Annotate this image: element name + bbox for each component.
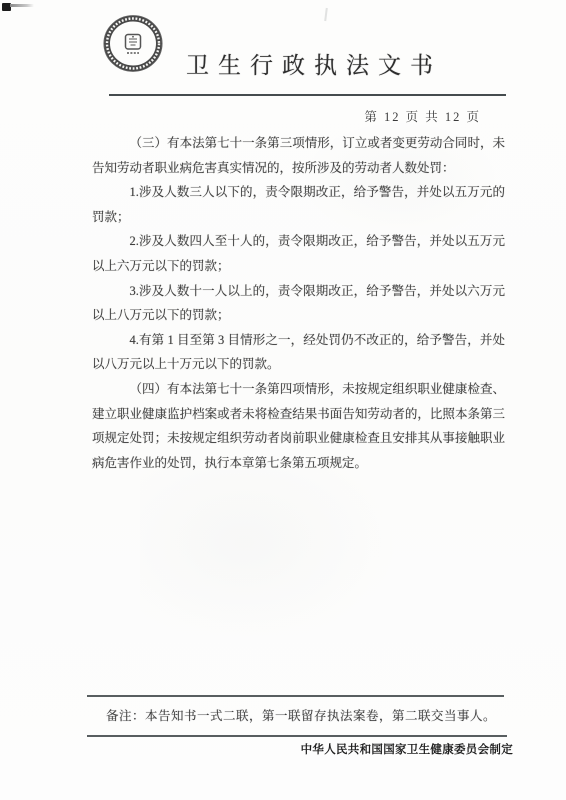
document-page: 卫生行政执法文书 第 12 页 共 12 页 （三）有本法第七十一条第三项情形，… — [0, 0, 566, 800]
page-indicator: 第 12 页 共 12 页 — [0, 107, 481, 125]
footer-divider-bottom — [87, 735, 507, 737]
footer-divider-top — [87, 695, 504, 697]
body-paragraph: 4.有第 1 目至第 3 目情形之一，经处罚仍不改正的，给予警告，并处以八万元以… — [92, 328, 505, 377]
scan-noise — [140, 470, 400, 650]
document-body: （三）有本法第七十一条第三项情形，订立或者变更劳动合同时，未告知劳动者职业病危害… — [92, 131, 505, 475]
body-paragraph: 2.涉及人数四人至十人的，责令限期改正，给予警告，并处以五万元以上六万元以下的罚… — [92, 229, 505, 278]
scan-artifact-corner — [2, 3, 11, 11]
body-paragraph: （三）有本法第七十一条第三项情形，订立或者变更劳动合同时，未告知劳动者职业病危害… — [92, 131, 505, 180]
body-paragraph: 3.涉及人数十一人以上的，责令限期改正，给予警告，并处以六万元以上八万元以下的罚… — [92, 279, 505, 328]
document-title: 卫生行政执法文书 — [186, 47, 442, 80]
body-paragraph: （四）有本法第七十一条第四项情形，未按规定组织职业健康检查、建立职业健康监护档案… — [92, 377, 505, 475]
scan-artifact-scratch — [324, 8, 328, 21]
issuer-line: 中华人民共和国国家卫生健康委员会制定 — [0, 741, 513, 757]
remark-note: 备注：本告知书一式二联，第一联留存执法案卷，第二联交当事人。 — [106, 706, 506, 724]
header-divider — [109, 94, 506, 96]
body-paragraph: 1.涉及人数三人以下的，责令限期改正，给予警告，并处以五万元的罚款； — [92, 180, 505, 229]
round-seal-icon — [103, 15, 163, 72]
